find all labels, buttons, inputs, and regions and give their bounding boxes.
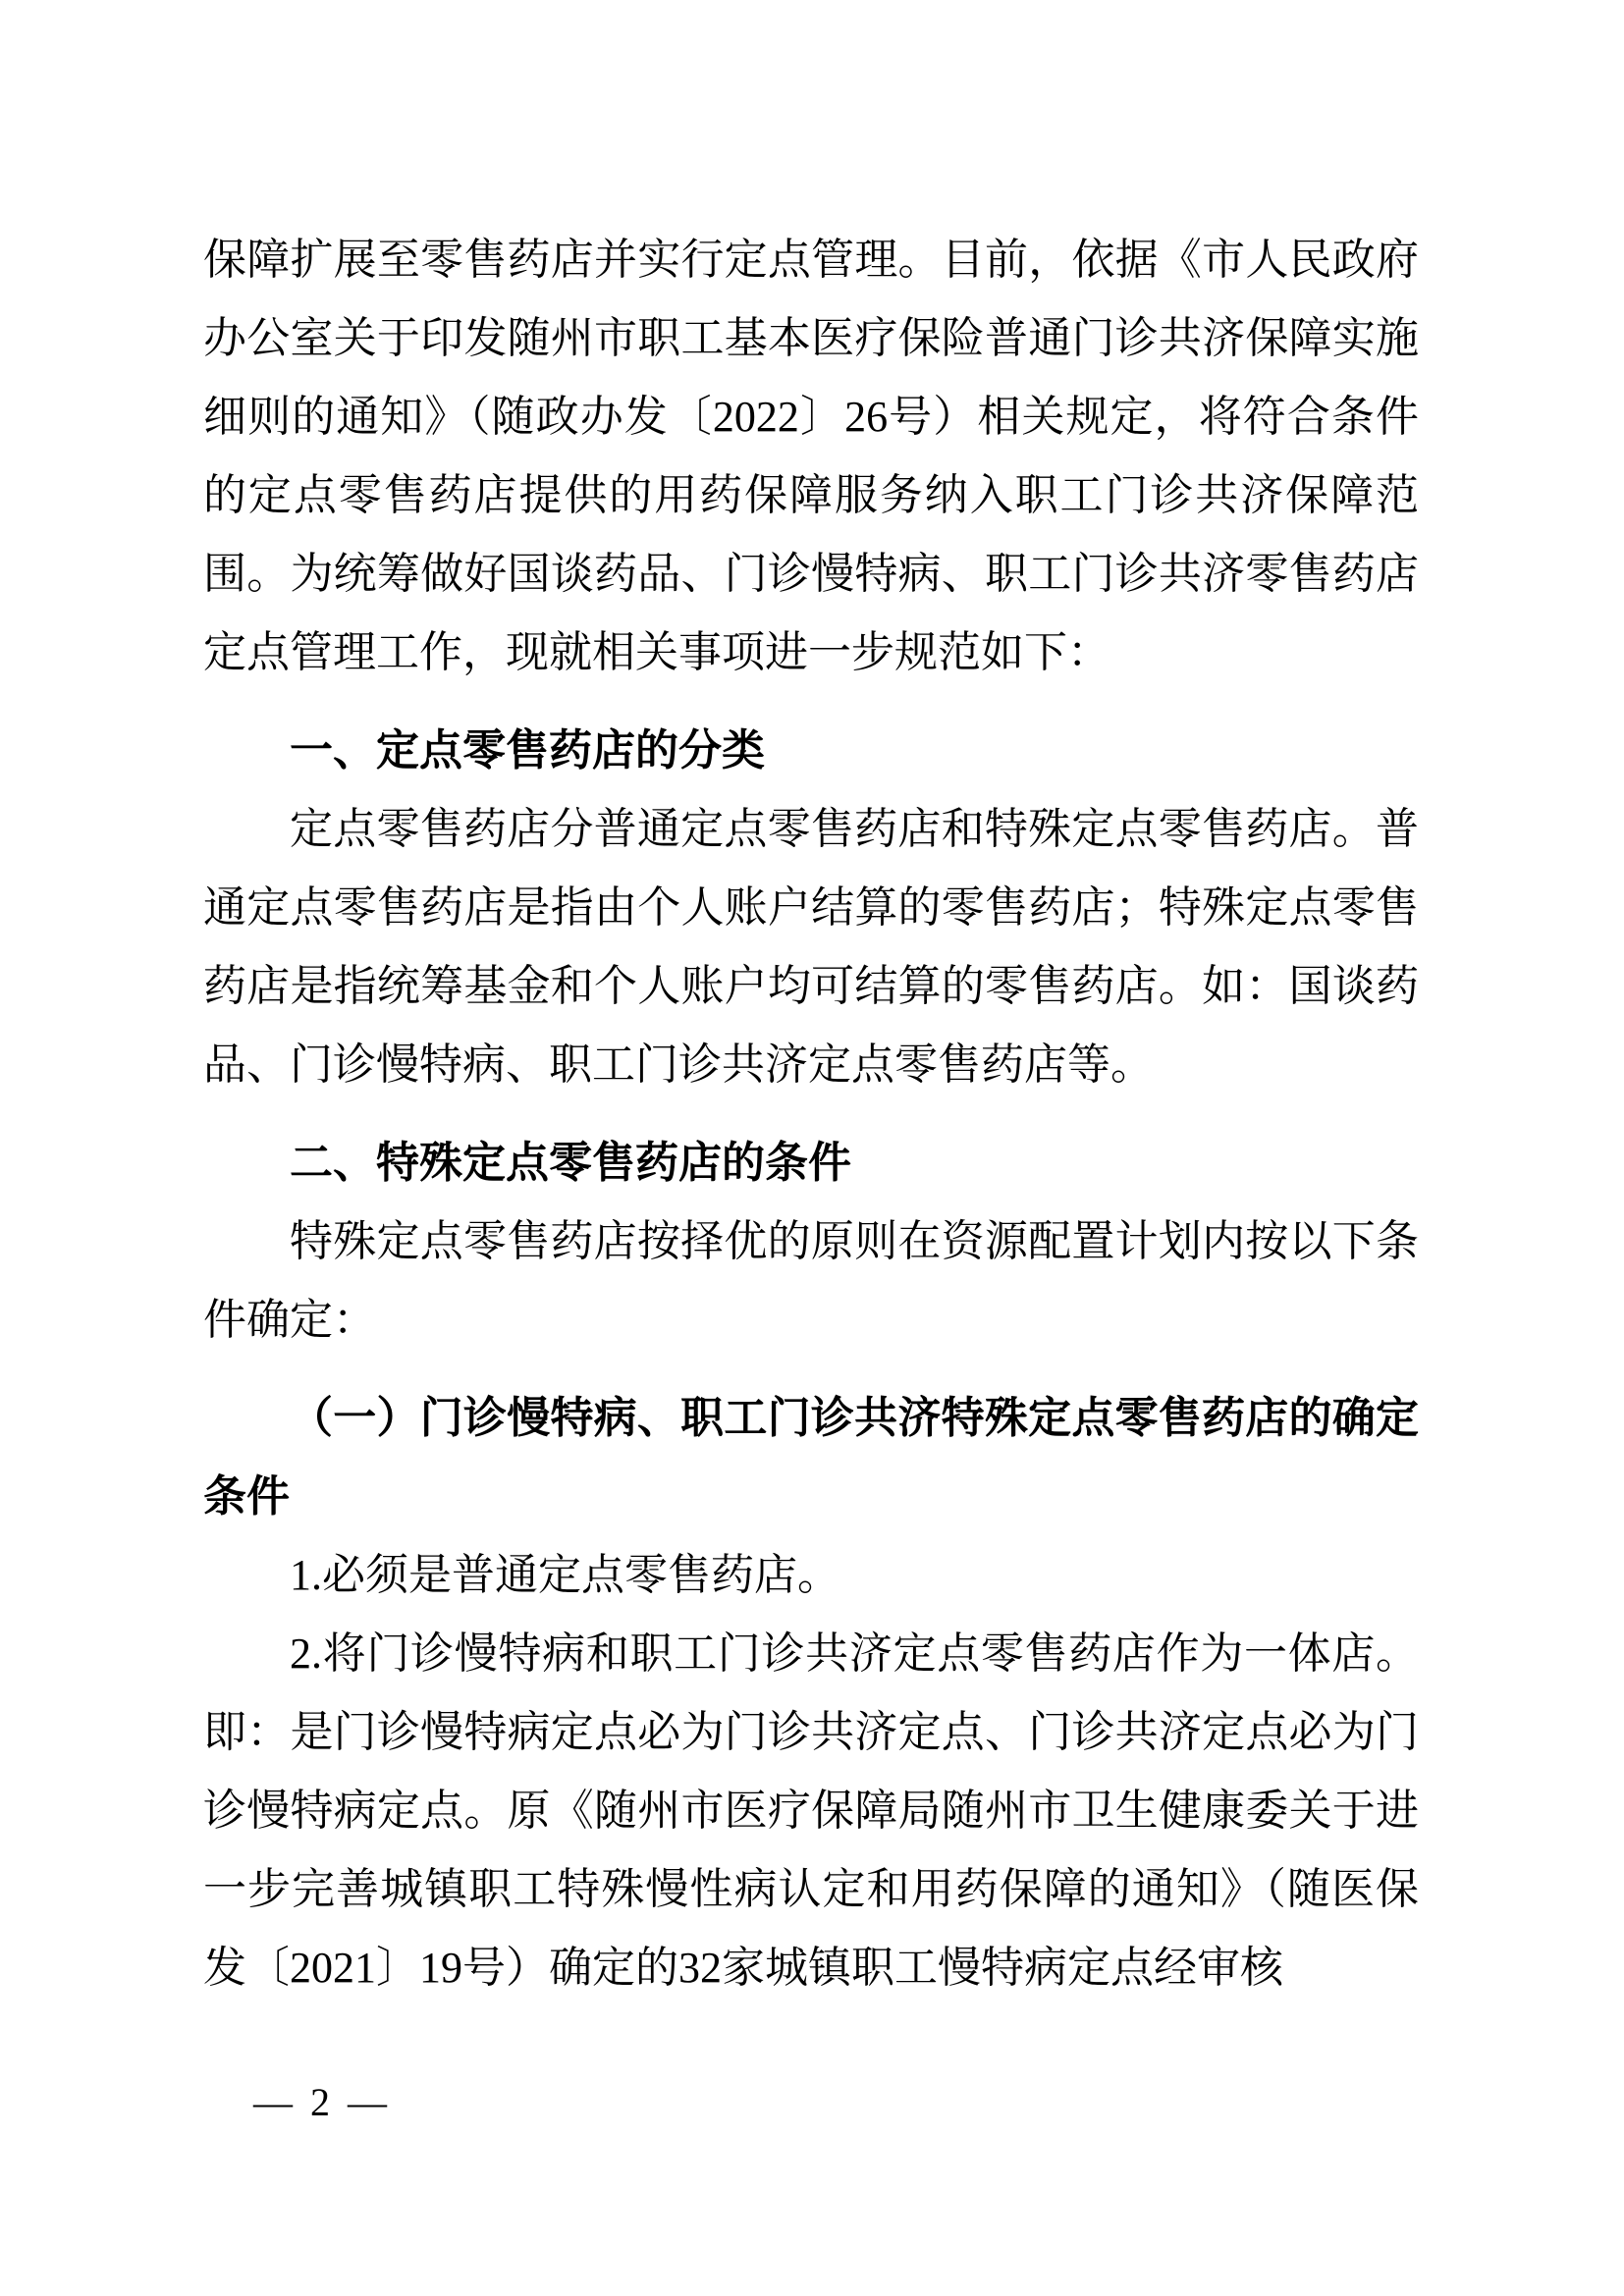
numbered-item-2: 2.将门诊慢特病和职工门诊共济定点零售药店作为一体店。即：是门诊慢特病定点必为门… <box>203 1615 1419 2007</box>
section-heading-classification: 一、定点零售药店的分类 <box>203 712 1419 790</box>
paragraph-conditions-intro: 特殊定点零售药店按择优的原则在资源配置计划内按以下条件确定： <box>203 1202 1419 1360</box>
document-body: 保障扩展至零售药店并实行定点管理。目前，依据《市人民政府办公室关于印发随州市职工… <box>203 221 1419 2007</box>
document-page: 保障扩展至零售药店并实行定点管理。目前，依据《市人民政府办公室关于印发随州市职工… <box>0 0 1624 2296</box>
subsection-heading-determination-conditions: （一）门诊慢特病、职工门诊共济特殊定点零售药店的确定条件 <box>203 1379 1419 1536</box>
paragraph-classification: 定点零售药店分普通定点零售药店和特殊定点零售药店。普通定点零售药店是指由个人账户… <box>203 790 1419 1104</box>
paragraph-intro-continuation: 保障扩展至零售药店并实行定点管理。目前，依据《市人民政府办公室关于印发随州市职工… <box>203 221 1419 692</box>
numbered-item-1: 1.必须是普通定点零售药店。 <box>203 1536 1419 1615</box>
section-heading-conditions: 二、特殊定点零售药店的条件 <box>203 1124 1419 1202</box>
page-number: — 2 — <box>253 2079 391 2126</box>
